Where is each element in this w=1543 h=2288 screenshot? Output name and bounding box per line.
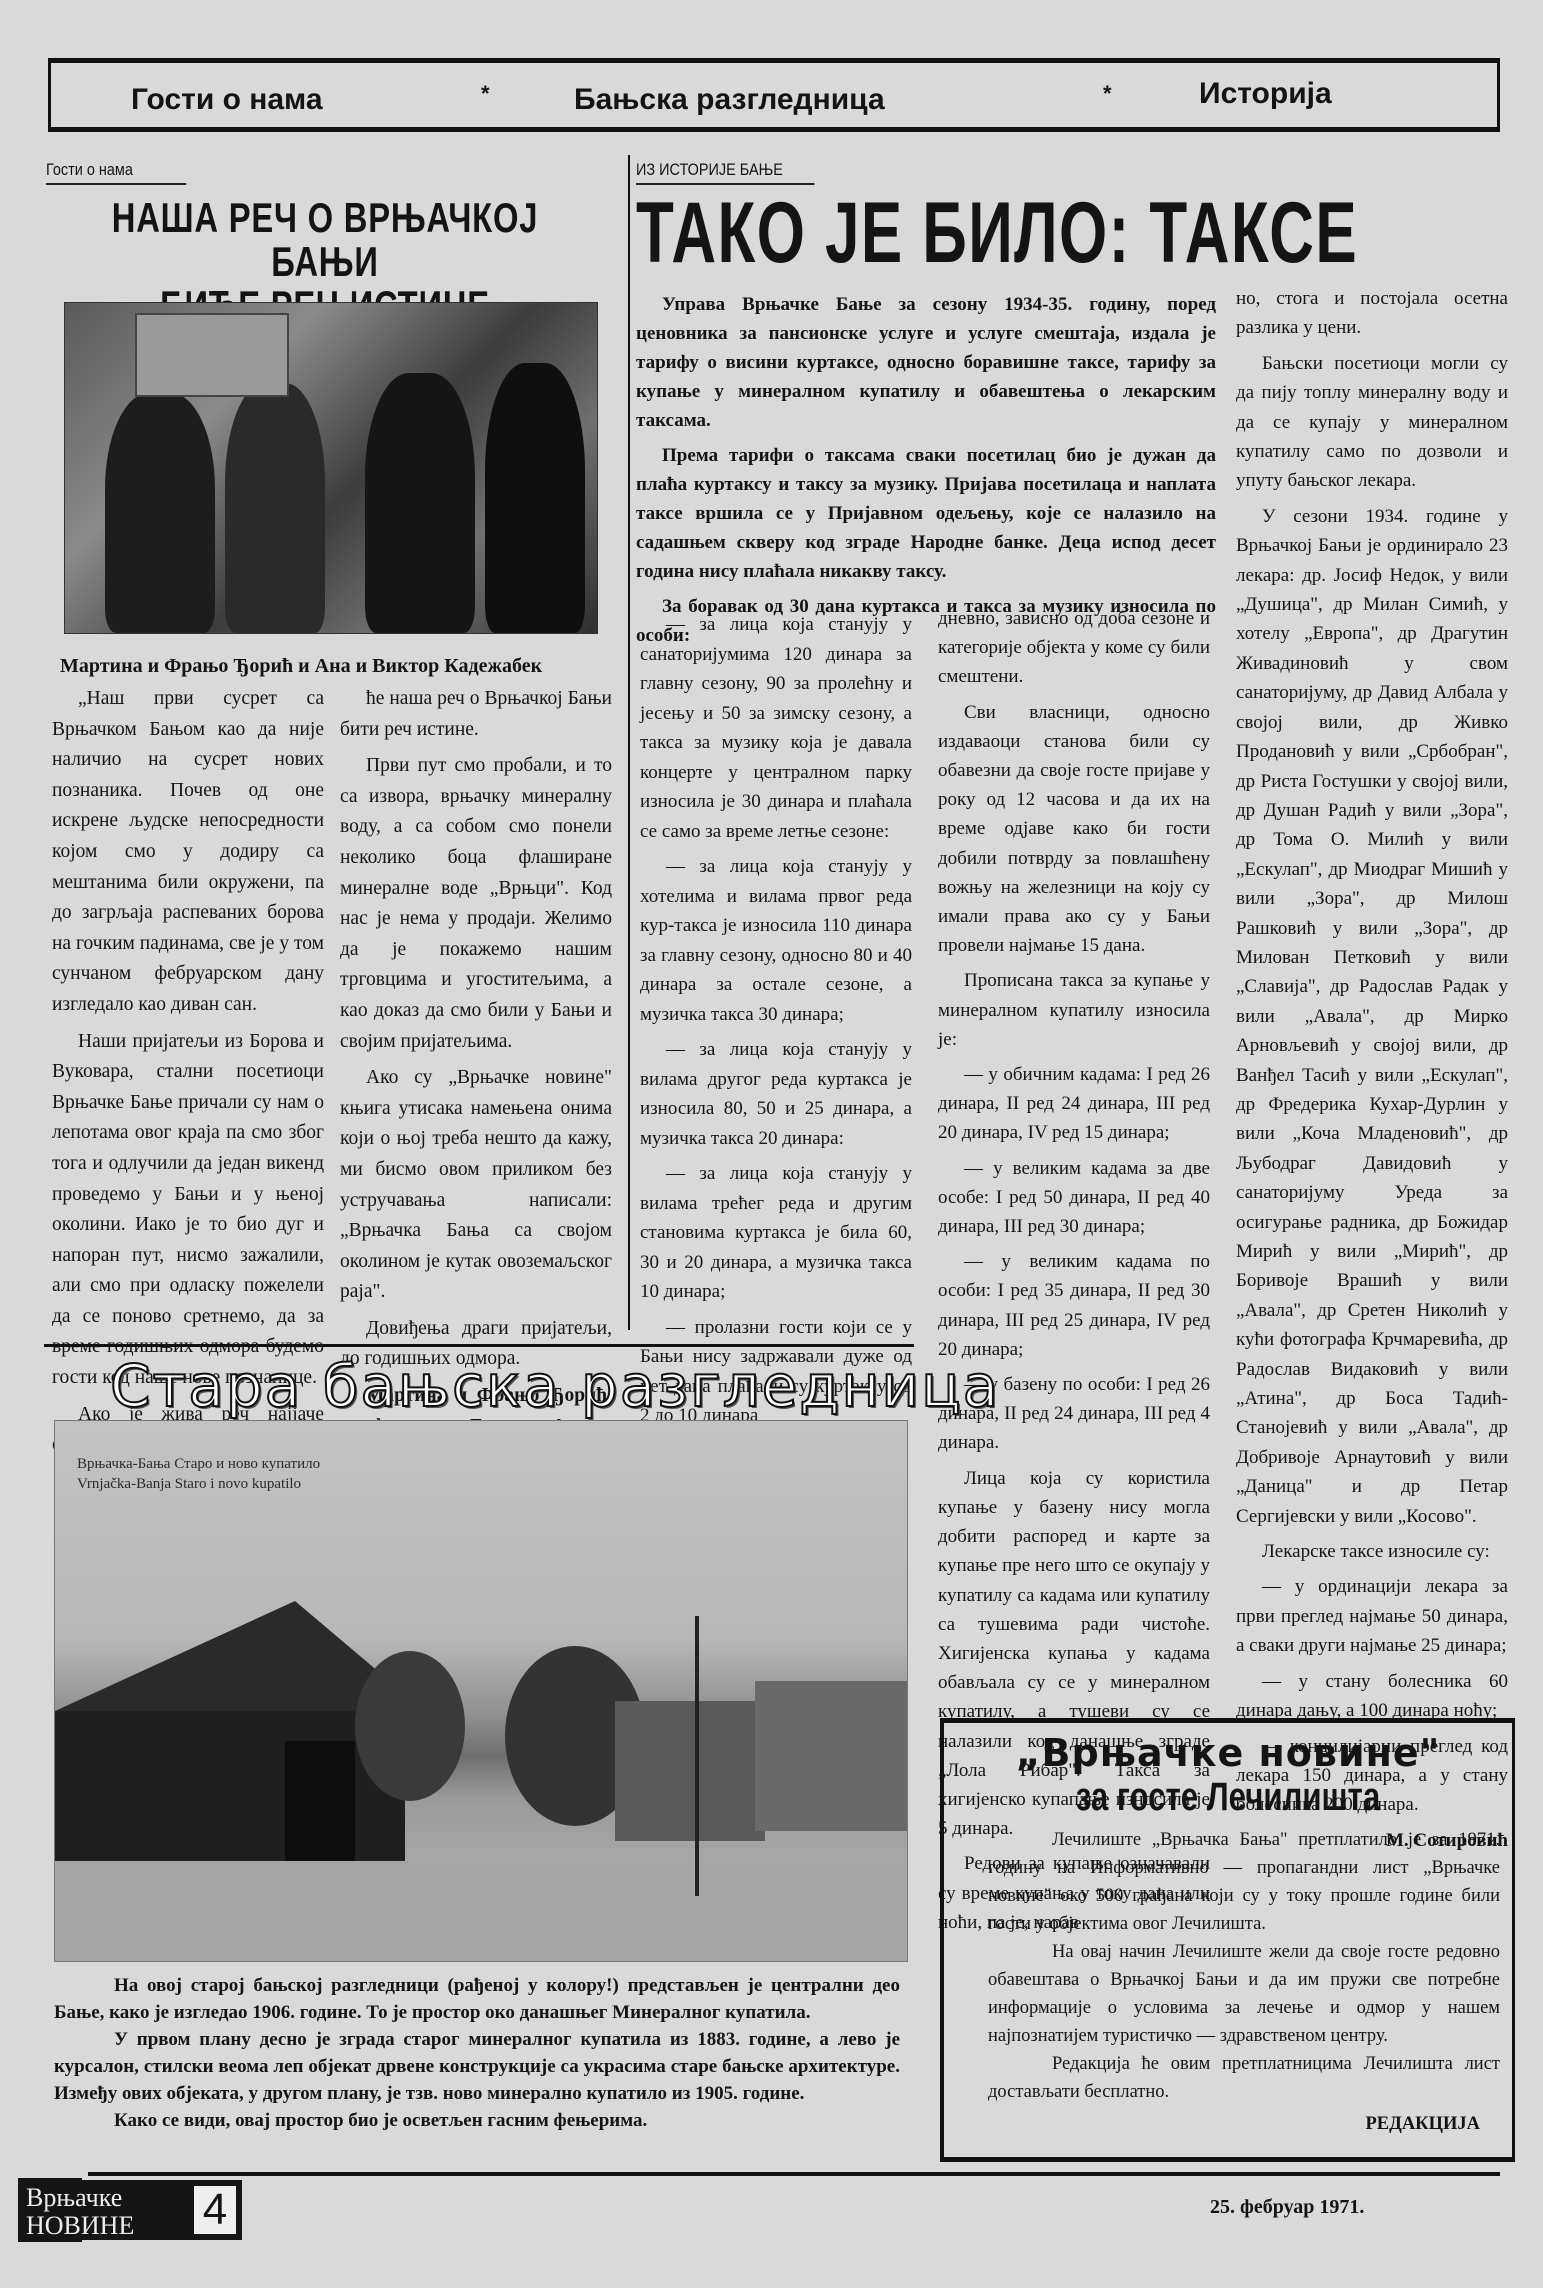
notice-title: „Врњачке новине" <box>944 1731 1512 1775</box>
paragraph: — у великим кадама по особи: I ред 35 ди… <box>938 1247 1210 1364</box>
paragraph: Наши пријатељи из Борова и Вуковара, ста… <box>52 1027 324 1394</box>
paragraph: — за лица која станују у вилама другог р… <box>640 1035 912 1153</box>
paragraph: Редакција ће овим претплатницима Лечилиш… <box>988 2050 1500 2106</box>
paragraph: Ако су „Врњачке новине" књига утисака на… <box>340 1063 612 1308</box>
section-banner: Гости о нама * Бањска разгледница * Исто… <box>48 58 1500 132</box>
paragraph: — у великим кадама за две особе: I ред 5… <box>938 1154 1210 1242</box>
footer-rule <box>88 2172 1500 2176</box>
paragraph: — за лица која станују у санаторијумима … <box>640 610 912 846</box>
postcard-text: На овој старој бањској разгледници (рађе… <box>54 1972 900 2134</box>
paragraph: „Наш први сусрет са Врњачком Бањом као д… <box>52 684 324 1021</box>
paragraph: На овој старој бањској разгледници (рађе… <box>54 1972 900 2026</box>
history-lead: Управа Врњачке Бање за сезону 1934-35. г… <box>636 290 1216 656</box>
banner-separator: * <box>1103 81 1112 107</box>
history-column-a: — за лица која станују у санаторијумима … <box>640 610 912 1437</box>
paragraph: Сви власници, односно издаваоци станова … <box>938 698 1210 961</box>
paragraph: — за лица која станују у хотелима и вила… <box>640 852 912 1029</box>
paragraph: Лекарске таксе износиле су: <box>1236 1537 1508 1566</box>
history-headline: ТАКО ЈЕ БИЛО: ТАКСЕ <box>636 190 1358 276</box>
postcard-image: Врњачка-Бања Старо и ново купатило Vrnja… <box>54 1420 908 1962</box>
paragraph: Прописана такса за купање у минералном к… <box>938 966 1210 1054</box>
banner-separator: * <box>481 81 490 107</box>
banner-item-history: Историја <box>1199 77 1332 111</box>
paragraph: — у стану болесника 60 динара дању, а 10… <box>1236 1667 1508 1726</box>
history-kicker: ИЗ ИСТОРИЈЕ БАЊЕ <box>636 160 815 185</box>
paragraph: У сезони 1934. године у Врњачкој Бањи је… <box>1236 502 1508 1531</box>
postcard-caption-cyrillic: Врњачка-Бања Старо и ново купатило <box>77 1455 320 1474</box>
paragraph: — у обичним кадама: I ред 26 динара, II … <box>938 1060 1210 1148</box>
paragraph: Како се види, овај простор био је осветљ… <box>54 2107 900 2134</box>
notice-box: „Врњачке новине" за госте Лечилишта Лечи… <box>940 1718 1515 2162</box>
paragraph: — у ординацији лекара за први преглед на… <box>1236 1572 1508 1660</box>
paragraph: Први пут смо пробали, и то са извора, вр… <box>340 751 612 1057</box>
guests-photo <box>64 302 598 634</box>
postcard-caption-latin: Vrnjačka-Banja Staro i novo kupatilo <box>77 1475 301 1494</box>
paragraph: Лечилиште „Врњачка Бања" претплатило је … <box>988 1826 1500 1938</box>
history-column-c: но, стога и постојала осетна разлика у ц… <box>1236 284 1508 1855</box>
guests-kicker: Гости о нама <box>46 160 186 185</box>
guests-headline-line1: НАША РЕЧ О ВРЊАЧКОЈ БАЊИ <box>95 196 555 284</box>
guests-photo-caption: Мартина и Фрањо Ђорић и Ана и Виктор Кад… <box>60 655 620 678</box>
page-number: 4 <box>194 2186 236 2234</box>
paragraph: дневно, зависно од доба сезоне и категор… <box>938 604 1210 692</box>
paragraph: У првом плану десно је зграда старог мин… <box>54 2026 900 2107</box>
paragraph: Према тарифи о таксама сваки посетилац б… <box>636 441 1216 586</box>
paragraph: но, стога и постојала осетна разлика у ц… <box>1236 284 1508 343</box>
newspaper-logo-block: Врњачке НОВИНЕ 4 <box>20 2180 242 2240</box>
paragraph: Управа Врњачке Бање за сезону 1934-35. г… <box>636 290 1216 435</box>
notice-signature: РЕДАКЦИЈА <box>988 2110 1500 2138</box>
guests-column-1: „Наш први сусрет са Врњачком Бањом као д… <box>52 684 324 1467</box>
section-rule <box>44 1344 914 1347</box>
paragraph: — за лица која станују у вилама трећег р… <box>640 1159 912 1307</box>
postcard-title: Стара бањска разгледница <box>110 1352 1000 1420</box>
notice-subtitle: за госте Лечилишта <box>1006 1775 1449 1820</box>
banner-item-guests: Гости о нама <box>131 83 323 117</box>
paragraph: На овај начин Лечилиште жели да своје го… <box>988 1938 1500 2050</box>
paragraph: Бањски посетиоци могли су да пију топлу … <box>1236 349 1508 496</box>
column-divider <box>628 155 630 1330</box>
issue-date: 25. фебруар 1971. <box>1210 2196 1364 2219</box>
paragraph: ће наша реч о Врњачкој Бањи бити реч ист… <box>340 684 612 745</box>
banner-item-postcard: Бањска разгледница <box>574 83 885 117</box>
